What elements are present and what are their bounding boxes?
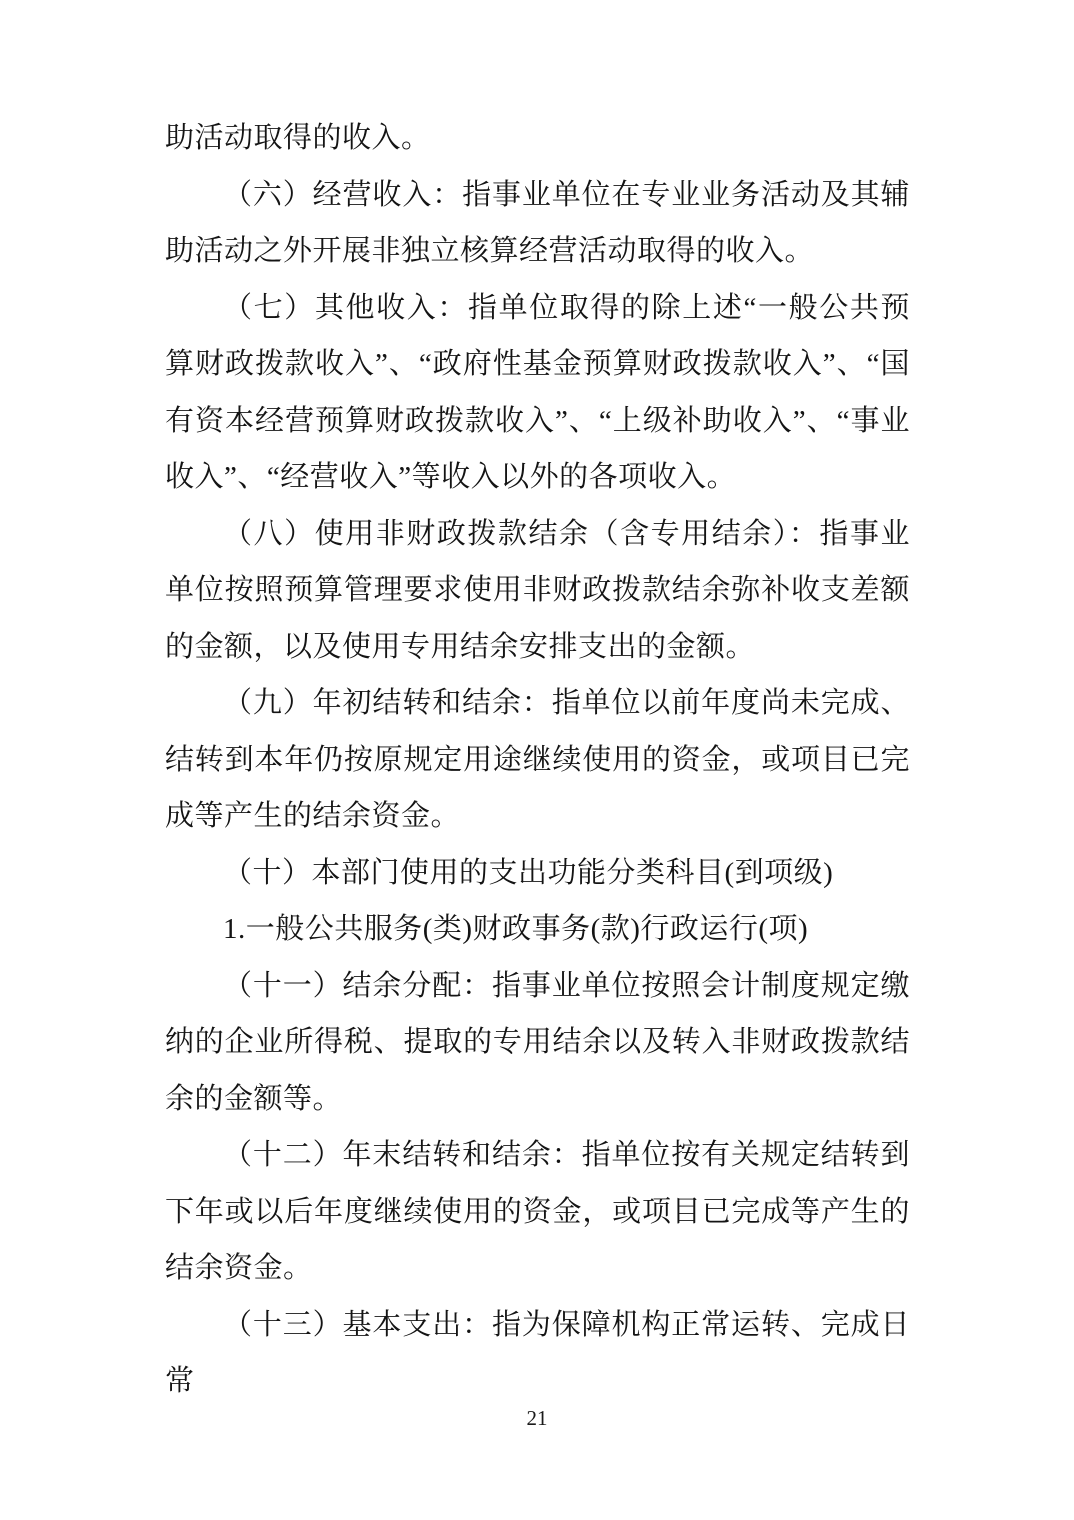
paragraph-item-7: （七）其他收入：指单位取得的除上述“一般公共预算财政拨款收入”、“政府性基金预算… xyxy=(165,280,910,506)
paragraph-item-9: （九）年初结转和结余：指单位以前年度尚未完成、结转到本年仍按原规定用途继续使用的… xyxy=(165,675,910,845)
paragraph-item-12: （十二）年末结转和结余：指单位按有关规定结转到下年或以后年度继续使用的资金，或项… xyxy=(165,1127,910,1297)
paragraph-item-11: （十一）结余分配：指事业单位按照会计制度规定缴纳的企业所得税、提取的专用结余以及… xyxy=(165,958,910,1128)
page-footer: 21 xyxy=(0,1406,1074,1431)
paragraph-continuation: 助活动取得的收入。 xyxy=(165,110,910,167)
page-number: 21 xyxy=(527,1406,548,1430)
paragraph-subitem-1: 1.一般公共服务(类)财政事务(款)行政运行(项) xyxy=(165,901,910,958)
document-body: 助活动取得的收入。 （六）经营收入：指事业单位在专业业务活动及其辅助活动之外开展… xyxy=(165,110,910,1410)
paragraph-item-10: （十）本部门使用的支出功能分类科目(到项级) xyxy=(165,845,910,902)
paragraph-item-8: （八）使用非财政拨款结余（含专用结余）：指事业单位按照预算管理要求使用非财政拨款… xyxy=(165,506,910,676)
document-page: 助活动取得的收入。 （六）经营收入：指事业单位在专业业务活动及其辅助活动之外开展… xyxy=(0,0,1074,1520)
paragraph-item-6: （六）经营收入：指事业单位在专业业务活动及其辅助活动之外开展非独立核算经营活动取… xyxy=(165,167,910,280)
paragraph-item-13: （十三）基本支出：指为保障机构正常运转、完成日常 xyxy=(165,1297,910,1410)
